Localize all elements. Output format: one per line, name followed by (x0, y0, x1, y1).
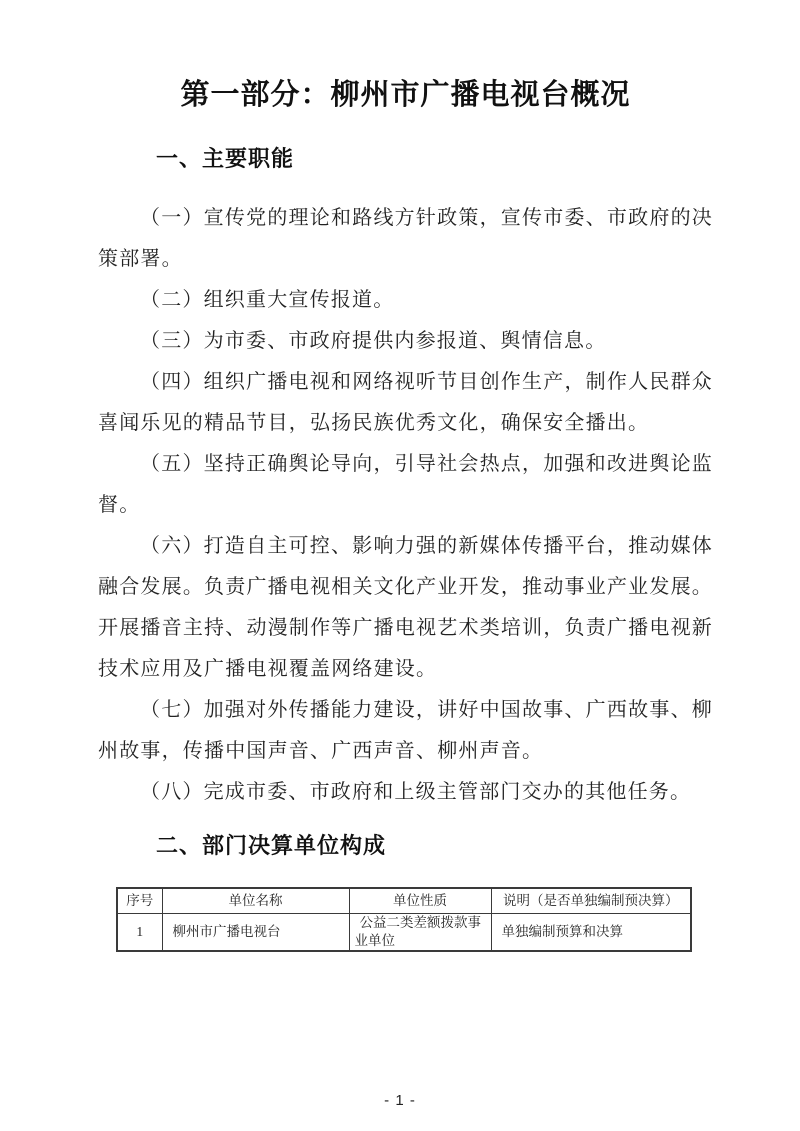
section-heading-unit-composition: 二、部门决算单位构成 (156, 831, 713, 861)
header-unit-nature: 单位性质 (349, 888, 491, 913)
body-paragraphs: （一）宣传党的理论和路线方针政策，宣传市委、市政府的决策部署。 （二）组织重大宣… (98, 198, 713, 813)
paragraph-1: （一）宣传党的理论和路线方针政策，宣传市委、市政府的决策部署。 (98, 198, 713, 280)
table-row: 1 柳州市广播电视台 公益二类差额拨款事业单位 单独编制预算和决算 (117, 913, 691, 951)
paragraph-7: （七）加强对外传播能力建设，讲好中国故事、广西故事、柳州故事，传播中国声音、广西… (98, 690, 713, 772)
table-header-row: 序号 单位名称 单位性质 说明（是否单独编制预决算） (117, 888, 691, 913)
header-note: 说明（是否单独编制预决算） (491, 888, 691, 913)
section-heading-main-functions: 一、主要职能 (156, 144, 713, 174)
paragraph-6: （六）打造自主可控、影响力强的新媒体传播平台，推动媒体融合发展。负责广播电视相关… (98, 526, 713, 690)
cell-unit-nature: 公益二类差额拨款事业单位 (349, 913, 491, 951)
paragraph-3: （三）为市委、市政府提供内参报道、舆情信息。 (98, 321, 713, 362)
paragraph-5: （五）坚持正确舆论导向，引导社会热点，加强和改进舆论监督。 (98, 444, 713, 526)
paragraph-2: （二）组织重大宣传报道。 (98, 280, 713, 321)
page-title: 第一部分：柳州市广播电视台概况 (98, 0, 713, 114)
page-number: - 1 - (0, 1092, 800, 1109)
paragraph-4: （四）组织广播电视和网络视听节目创作生产，制作人民群众喜闻乐见的精品节目，弘扬民… (98, 362, 713, 444)
header-unit-name: 单位名称 (162, 888, 349, 913)
header-serial-number: 序号 (117, 888, 162, 913)
paragraph-8: （八）完成市委、市政府和上级主管部门交办的其他任务。 (98, 772, 713, 813)
cell-unit-name: 柳州市广播电视台 (162, 913, 349, 951)
document-page: 第一部分：柳州市广播电视台概况 一、主要职能 （一）宣传党的理论和路线方针政策，… (0, 0, 800, 1131)
cell-serial-number: 1 (117, 913, 162, 951)
unit-composition-table: 序号 单位名称 单位性质 说明（是否单独编制预决算） 1 柳州市广播电视台 公益… (116, 887, 692, 952)
cell-note: 单独编制预算和决算 (491, 913, 691, 951)
